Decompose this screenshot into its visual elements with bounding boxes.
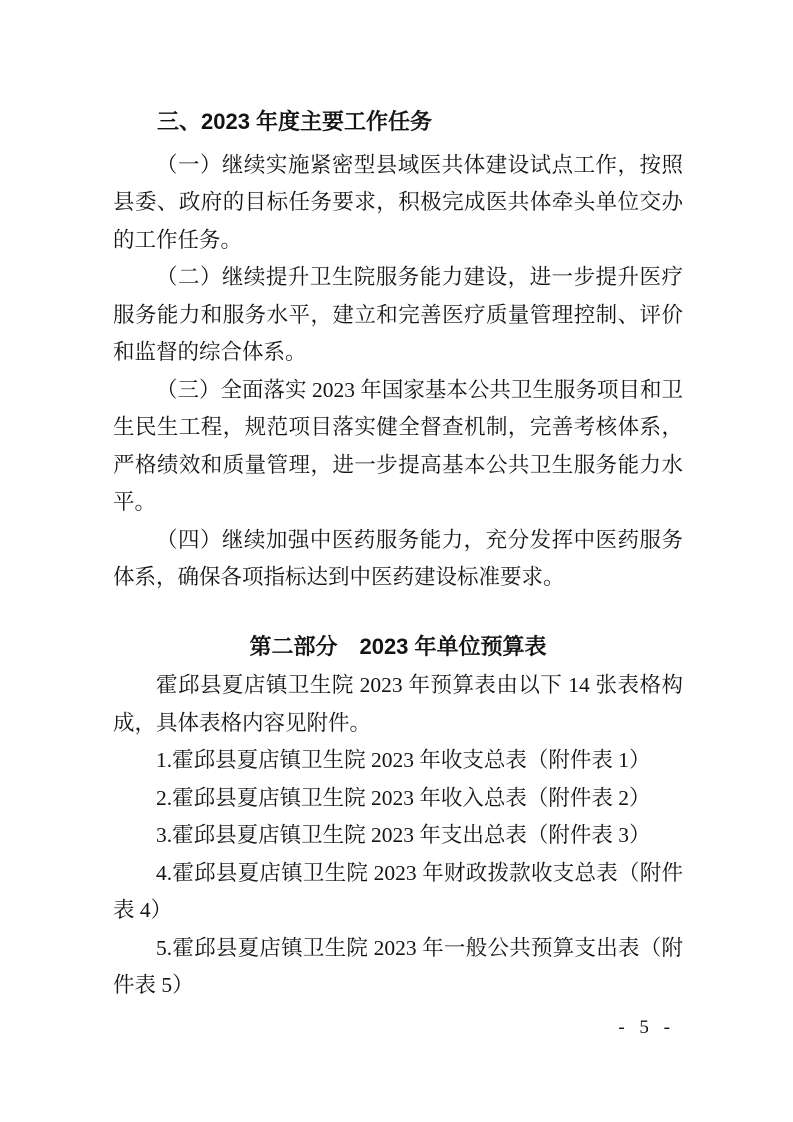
section2-intro: 霍邱县夏店镇卫生院 2023 年预算表由以下 14 张表格构成，具体表格内容见附… bbox=[113, 667, 683, 742]
list-item-5: 5.霍邱县夏店镇卫生院 2023 年一般公共预算支出表（附件表 5） bbox=[113, 930, 683, 1005]
page-number: - 5 - bbox=[618, 1016, 675, 1040]
document-page: 三、2023 年度主要工作任务 （一）继续实施紧密型县域医共体建设试点工作，按照… bbox=[0, 0, 793, 1122]
list-item-2: 2.霍邱县夏店镇卫生院 2023 年收入总表（附件表 2） bbox=[113, 780, 683, 818]
paragraph-4: （四）继续加强中医药服务能力，充分发挥中医药服务体系，确保各项指标达到中医药建设… bbox=[113, 522, 683, 597]
paragraph-3: （三）全面落实 2023 年国家基本公共卫生服务项目和卫生民生工程，规范项目落实… bbox=[113, 372, 683, 522]
paragraph-1: （一）继续实施紧密型县域医共体建设试点工作，按照县委、政府的目标任务要求，积极完… bbox=[113, 147, 683, 260]
list-item-3: 3.霍邱县夏店镇卫生院 2023 年支出总表（附件表 3） bbox=[113, 817, 683, 855]
list-item-4: 4.霍邱县夏店镇卫生院 2023 年财政拨款收支总表（附件表 4） bbox=[113, 855, 683, 930]
section2-heading: 第二部分 2023 年单位预算表 bbox=[113, 628, 683, 666]
list-item-1: 1.霍邱县夏店镇卫生院 2023 年收支总表（附件表 1） bbox=[113, 742, 683, 780]
section1-heading: 三、2023 年度主要工作任务 bbox=[113, 103, 683, 141]
document-content: 三、2023 年度主要工作任务 （一）继续实施紧密型县域医共体建设试点工作，按照… bbox=[113, 103, 683, 1005]
paragraph-2: （二）继续提升卫生院服务能力建设，进一步提升医疗服务能力和服务水平，建立和完善医… bbox=[113, 259, 683, 372]
